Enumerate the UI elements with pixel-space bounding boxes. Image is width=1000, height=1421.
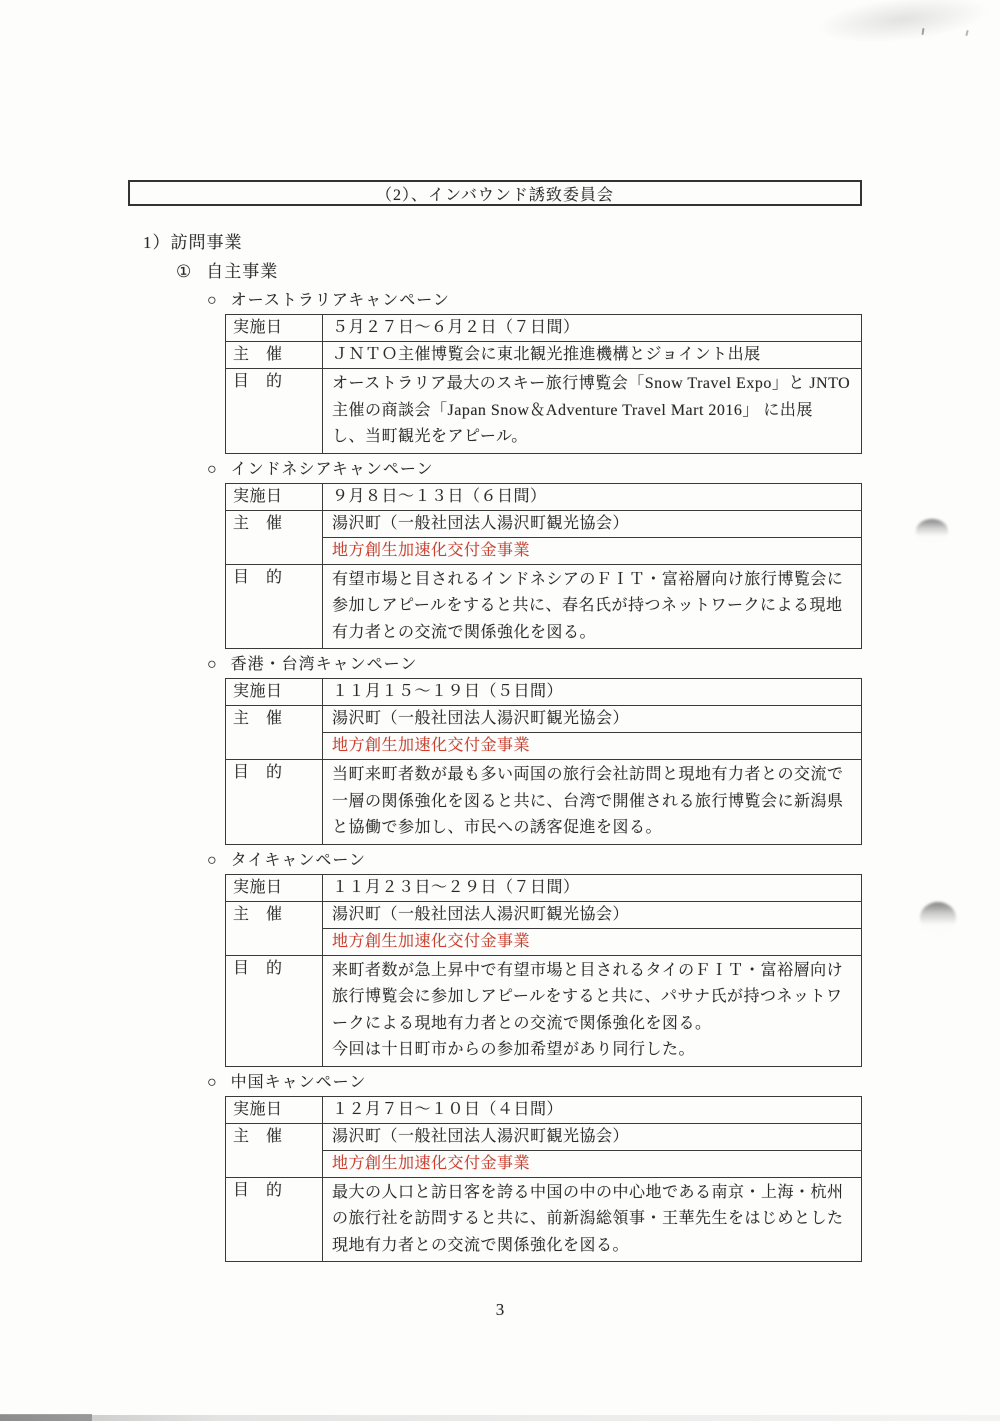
document-title-box: （2）、インバウンド誘致委員会 [128,180,862,206]
circle-bullet-icon: ○ [207,1073,218,1093]
purpose-line: ークによる現地有力者との交流で関係強化を図る。 [332,1011,852,1038]
circle-bullet-icon: ○ [207,291,218,311]
table-row-purpose: 目 的 最大の人口と訪日客を誇る中国の中の中心地である南京・上海・杭州の旅行社を… [226,1177,862,1262]
purpose-line: 有望市場と目されるインドネシアのＦＩＴ・富裕層向け旅行博覧会に [332,567,852,594]
campaign-detail-table: 実施日 １２月７日～１０日（４日間） 主 催 湯沢町（一般社団法人湯沢町観光協会… [225,1096,862,1263]
date-label: 実施日 [226,315,323,342]
host-label: 主 催 [226,706,323,760]
circle-bullet-icon: ○ [207,655,218,675]
purpose-line: 一層の関係強化を図ると共に、台湾で開催される旅行博覧会に新潟県 [332,789,852,816]
purpose-line: 来町者数が急上昇中で有望市場と目されるタイのＦＩＴ・富裕層向け [332,958,852,985]
purpose-value: 有望市場と目されるインドネシアのＦＩＴ・富裕層向け旅行博覧会に参加しアピールをす… [323,564,862,649]
scan-bottom-edge [0,1415,1000,1421]
campaign-section: ○ インドネシアキャンペーン 実施日 ９月８日～１３日（６日間） 主 催 湯沢町… [0,460,1000,650]
purpose-line: 有力者との交流で関係強化を図る。 [332,620,852,647]
purpose-value: 当町来町者数が最も多い両国の旅行会社訪問と現地有力者との交流で一層の関係強化を図… [323,760,862,845]
host-label: 主 催 [226,901,323,955]
purpose-label: 目 的 [226,1177,323,1262]
campaign-heading: ○ 香港・台湾キャンペーン [207,655,1000,675]
campaign-detail-table: 実施日 ９月８日～１３日（６日間） 主 催 湯沢町（一般社団法人湯沢町観光協会）… [225,483,862,650]
purpose-line: オーストラリア最大のスキー旅行博覧会「Snow Travel Expo」と JN… [332,371,852,398]
purpose-line: と協働で参加し、市民への誘客促進を図る。 [332,815,852,842]
page-number: 3 [0,1300,1000,1320]
campaign-section: ○ オーストラリアキャンペーン 実施日 ５月２７日～６月２日（７日間） 主 催 … [0,291,1000,454]
host-value: 湯沢町（一般社団法人湯沢町観光協会） [323,510,862,537]
campaign-detail-table: 実施日 １１月１５～１９日（５日間） 主 催 湯沢町（一般社団法人湯沢町観光協会… [225,678,862,845]
purpose-line: し、当町観光をアピール。 [332,424,852,451]
date-value: ５月２７日～６月２日（７日間） [323,315,862,342]
host-value: 湯沢町（一般社団法人湯沢町観光協会） [323,1123,862,1150]
host-value: 湯沢町（一般社団法人湯沢町観光協会） [323,901,862,928]
campaign-section: ○ 香港・台湾キャンペーン 実施日 １１月１５～１９日（５日間） 主 催 湯沢町… [0,655,1000,845]
table-row-host: 主 催 ＪＮＴＯ主催博覧会に東北観光推進機構とジョイント出展 [226,342,862,369]
campaign-heading: ○ 中国キャンペーン [207,1073,1000,1093]
campaign-name: オーストラリアキャンペーン [231,291,450,311]
date-label: 実施日 [226,679,323,706]
circle-bullet-icon: ○ [207,460,218,480]
purpose-value: 最大の人口と訪日客を誇る中国の中の中心地である南京・上海・杭州の旅行社を訪問する… [323,1177,862,1262]
scan-smudge-artifact [797,0,1000,72]
purpose-line: 参加しアピールをすると共に、春名氏が持つネットワークによる現地 [332,593,852,620]
date-label: 実施日 [226,874,323,901]
table-row-purpose: 目 的 当町来町者数が最も多い両国の旅行会社訪問と現地有力者との交流で一層の関係… [226,760,862,845]
section-heading-visit-projects: 1）訪問事業 [143,232,1000,253]
table-row-date: 実施日 ５月２７日～６月２日（７日間） [226,315,862,342]
campaign-heading: ○ タイキャンペーン [207,851,1000,871]
host-value: ＪＮＴＯ主催博覧会に東北観光推進機構とジョイント出展 [323,342,862,369]
purpose-label: 目 的 [226,369,323,454]
table-row-host: 主 催 湯沢町（一般社団法人湯沢町観光協会） [226,901,862,928]
purpose-line: の旅行社を訪問すると共に、前新潟総領事・王華先生をはじめとした [332,1206,852,1233]
purpose-line: 最大の人口と訪日客を誇る中国の中の中心地である南京・上海・杭州 [332,1180,852,1207]
document-title: （2）、インバウンド誘致委員会 [376,182,614,205]
document-body: 1）訪問事業 ① 自主事業 ○ オーストラリアキャンペーン 実施日 ５月２７日～… [0,232,1000,1268]
table-row-host: 主 催 湯沢町（一般社団法人湯沢町観光協会） [226,706,862,733]
campaign-section: ○ タイキャンペーン 実施日 １１月２３日～２９日（７日間） 主 催 湯沢町（一… [0,851,1000,1067]
table-row-date: 実施日 ９月８日～１３日（６日間） [226,483,862,510]
campaign-list: ○ オーストラリアキャンペーン 実施日 ５月２７日～６月２日（７日間） 主 催 … [0,291,1000,1262]
campaign-detail-table: 実施日 ５月２７日～６月２日（７日間） 主 催 ＪＮＴＯ主催博覧会に東北観光推進… [225,314,862,454]
campaign-name: インドネシアキャンペーン [231,460,434,480]
purpose-value: 来町者数が急上昇中で有望市場と目されるタイのＦＩＴ・富裕層向け旅行博覧会に参加し… [323,955,862,1066]
campaign-detail-table: 実施日 １１月２３日～２９日（７日間） 主 催 湯沢町（一般社団法人湯沢町観光協… [225,874,862,1067]
circle-bullet-icon: ○ [207,851,218,871]
subsidy-value: 地方創生加速化交付金事業 [323,1150,862,1177]
campaign-name: 香港・台湾キャンペーン [231,655,418,675]
date-value: １１月１５～１９日（５日間） [323,679,862,706]
table-row-host: 主 催 湯沢町（一般社団法人湯沢町観光協会） [226,510,862,537]
date-value: １１月２３日～２９日（７日間） [323,874,862,901]
scanned-document-page: （2）、インバウンド誘致委員会 1）訪問事業 ① 自主事業 ○ オーストラリアキ… [0,0,1000,1421]
purpose-line: 主催の商談会「Japan Snow＆Adventure Travel Mart … [332,398,852,425]
date-label: 実施日 [226,483,323,510]
campaign-section: ○ 中国キャンペーン 実施日 １２月７日～１０日（４日間） 主 催 湯沢町（一般… [0,1073,1000,1263]
table-row-purpose: 目 的 有望市場と目されるインドネシアのＦＩＴ・富裕層向け旅行博覧会に参加しアピ… [226,564,862,649]
subsidy-value: 地方創生加速化交付金事業 [323,733,862,760]
purpose-line: 今回は十日町市からの参加希望があり同行した。 [332,1037,852,1064]
table-row-date: 実施日 １２月７日～１０日（４日間） [226,1096,862,1123]
subsidy-value: 地方創生加速化交付金事業 [323,537,862,564]
subsidy-value: 地方創生加速化交付金事業 [323,928,862,955]
purpose-label: 目 的 [226,955,323,1066]
campaign-heading: ○ オーストラリアキャンペーン [207,291,1000,311]
purpose-line: 当町来町者数が最も多い両国の旅行会社訪問と現地有力者との交流で [332,762,852,789]
table-row-purpose: 目 的 来町者数が急上昇中で有望市場と目されるタイのＦＩＴ・富裕層向け旅行博覧会… [226,955,862,1066]
host-label: 主 催 [226,510,323,564]
circled-one-marker: ① [176,261,192,282]
date-label: 実施日 [226,1096,323,1123]
table-row-date: 実施日 １１月２３日～２９日（７日間） [226,874,862,901]
purpose-label: 目 的 [226,564,323,649]
table-row-host: 主 催 湯沢町（一般社団法人湯沢町観光協会） [226,1123,862,1150]
campaign-name: タイキャンペーン [231,851,366,871]
subsection-heading-independent-projects: ① 自主事業 [176,261,1000,282]
table-row-date: 実施日 １１月１５～１９日（５日間） [226,679,862,706]
date-value: ９月８日～１３日（６日間） [323,483,862,510]
host-label: 主 催 [226,342,323,369]
purpose-line: 旅行博覧会に参加しアピールをすると共に、パサナ氏が持つネットワ [332,984,852,1011]
host-value: 湯沢町（一般社団法人湯沢町観光協会） [323,706,862,733]
scan-bottom-corner [0,1414,92,1421]
campaign-heading: ○ インドネシアキャンペーン [207,460,1000,480]
purpose-line: 現地有力者との交流で関係強化を図る。 [332,1233,852,1260]
purpose-value: オーストラリア最大のスキー旅行博覧会「Snow Travel Expo」と JN… [323,369,862,454]
subsection-label: 自主事業 [206,261,278,282]
table-row-purpose: 目 的 オーストラリア最大のスキー旅行博覧会「Snow Travel Expo」… [226,369,862,454]
campaign-name: 中国キャンペーン [231,1073,367,1093]
date-value: １２月７日～１０日（４日間） [323,1096,862,1123]
purpose-label: 目 的 [226,760,323,845]
host-label: 主 催 [226,1123,323,1177]
